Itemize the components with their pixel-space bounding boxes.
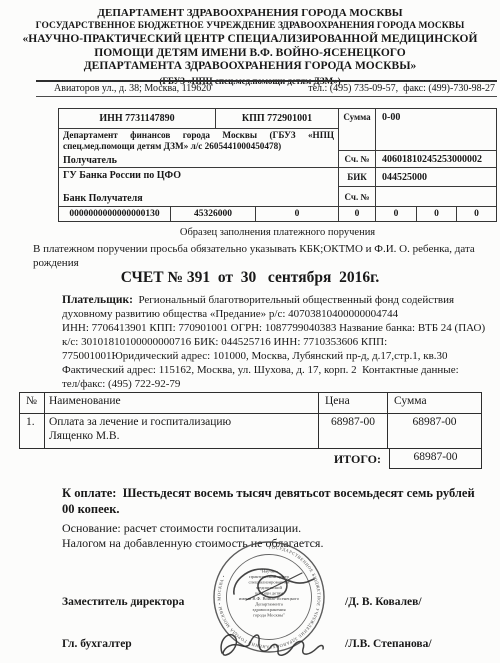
- requisites-left-section: ИНН 7731147890 КПП 772901001 Департамент…: [59, 109, 339, 206]
- sum-row: Сумма 0-00: [339, 109, 496, 151]
- account2-row: Сч. №: [339, 187, 496, 206]
- header-department-line: ДЕПАРТАМЕНТ ЗДРАВООХРАНЕНИЯ ГОРОДА МОСКВ…: [0, 6, 500, 20]
- header-center-name-line1: «НАУЧНО-ПРАКТИЧЕСКИЙ ЦЕНТР СПЕЦИАЛИЗИРОВ…: [0, 33, 500, 47]
- payment-note: В платежном поручении просьба обязательн…: [33, 243, 485, 270]
- header-institution-line: ГОСУДАРСТВЕННОЕ БЮДЖЕТНОЕ УЧРЕЖДЕНИЕ ЗДР…: [0, 20, 500, 33]
- kbk-cell: 0: [339, 207, 376, 221]
- payment-note-line1: В платежном поручении просьба обязательн…: [33, 243, 485, 257]
- account2-value: [376, 187, 496, 206]
- account-label: Сч. №: [339, 151, 376, 167]
- amount-line2: 00 копеек.: [62, 502, 487, 518]
- items-table-box: № Наименование Цена Сумма 1. Оплата за л…: [19, 392, 482, 449]
- table-row: 1. Оплата за лечение и госпитализацию Ля…: [20, 414, 481, 448]
- accountant-signature: [216, 627, 328, 663]
- payer-label: Плательщик:: [62, 294, 133, 306]
- total-value: 68987-00: [389, 448, 482, 469]
- items-total-row: ИТОГО: 68987-00: [19, 449, 482, 469]
- deputy-title: Заместитель директора: [62, 596, 184, 608]
- scanned-invoice-page: ДЕПАРТАМЕНТ ЗДРАВООХРАНЕНИЯ ГОРОДА МОСКВ…: [0, 0, 500, 663]
- col-header-num: №: [20, 393, 45, 413]
- col-header-price: Цена: [319, 393, 388, 413]
- kbk-cell: 45326000: [171, 207, 256, 221]
- items-header-row: № Наименование Цена Сумма: [20, 393, 481, 414]
- payer-line: 775001001Юридический адрес: 101000, Моск…: [62, 349, 492, 363]
- item-number: 1.: [20, 414, 45, 448]
- item-name-line1: Оплата за лечение и госпитализацию: [49, 416, 318, 430]
- inn-cell: ИНН 7731147890: [59, 109, 216, 128]
- requisites-top-section: ИНН 7731147890 КПП 772901001 Департамент…: [59, 109, 496, 206]
- org-phone-fax: тел.: (495) 735-09-57, факс: (499)-730-9…: [308, 83, 495, 94]
- bik-value: 044525000: [376, 168, 496, 186]
- header-center-name-line3: ДЕПАРТАМЕНТА ЗДРАВООХРАНЕНИЯ ГОРОДА МОСК…: [0, 60, 500, 74]
- amount-words: Шестьдесят восемь тысяч девятьсот восемь…: [123, 486, 475, 500]
- bik-row: БИК 044525000: [339, 168, 496, 187]
- basis-line: Основание: расчет стоимости госпитализац…: [62, 521, 301, 536]
- to-pay-label: К оплате:: [62, 486, 116, 500]
- accountant-name: /Л.В. Степанова/: [345, 638, 432, 650]
- account2-label: Сч. №: [339, 187, 376, 206]
- col-header-name: Наименование: [45, 393, 319, 413]
- kbk-cell: 0: [256, 207, 339, 221]
- item-name-line2: Лященко М.В.: [49, 430, 318, 444]
- bank-caption: Банк Получателя: [63, 193, 334, 204]
- header-center-name-line2: ПОМОЩИ ДЕТЯМ ИМЕНИ В.Ф. ВОЙНО-ЯСЕНЕЦКОГО: [0, 47, 500, 61]
- payment-requisites-table: ИНН 7731147890 КПП 772901001 Департамент…: [58, 108, 497, 222]
- kpp-cell: КПП 772901001: [216, 109, 338, 128]
- payer-block: Плательщик: Региональный благотворительн…: [62, 293, 492, 391]
- payer-line: духовному развитию общества «Предание» р…: [62, 307, 492, 321]
- items-table: № Наименование Цена Сумма 1. Оплата за л…: [19, 392, 482, 469]
- stamp-line: города Москвы": [253, 613, 285, 618]
- kbk-cell: 0: [417, 207, 457, 221]
- recipient-caption: Получатель: [63, 155, 334, 166]
- amount-in-words-block: К оплате: Шестьдесят восемь тысяч девять…: [62, 486, 487, 517]
- recipient-cell: Департамент финансов города Москвы (ГБУЗ…: [59, 129, 338, 168]
- payer-line: Плательщик: Региональный благотворительн…: [62, 293, 492, 307]
- deputy-name: /Д. В. Ковалев/: [345, 596, 422, 608]
- item-sum: 68987-00: [388, 414, 481, 448]
- payer-line: ИНН: 7706413901 КПП: 770901001 ОГРН: 108…: [62, 321, 492, 335]
- sum-value: 0-00: [376, 109, 496, 150]
- account-value: 40601810245253000002: [376, 151, 496, 167]
- org-address: Авиаторов ул., д. 38; Москва, 119620: [36, 83, 211, 94]
- payer-line: к/с: 30101810100000000716 БИК: 044525716…: [62, 335, 492, 349]
- total-label: ИТОГО:: [19, 449, 389, 469]
- stamp-line: Департамента: [255, 602, 283, 607]
- payer-line: тел/факс: (495) 722-92-79: [62, 377, 492, 391]
- payment-note-line2: рождения: [33, 257, 485, 271]
- kbk-cell: 0: [457, 207, 496, 221]
- recipient-name: Департамент финансов города Москвы (ГБУЗ…: [63, 130, 334, 151]
- invoice-title: СЧЕТ № 391 от 30 сентября 2016г.: [0, 269, 500, 287]
- address-phone-bar: Авиаторов ул., д. 38; Москва, 119620 тел…: [36, 80, 497, 97]
- stamp-line: здравоохранения: [252, 607, 286, 612]
- item-price: 68987-00: [319, 414, 388, 448]
- account-row: Сч. № 40601810245253000002: [339, 151, 496, 168]
- bik-label: БИК: [339, 168, 376, 186]
- item-name: Оплата за лечение и госпитализацию Лящен…: [45, 414, 319, 448]
- amount-line1: К оплате: Шестьдесят восемь тысяч девять…: [62, 486, 487, 502]
- requisites-right-section: Сумма 0-00 Сч. № 40601810245253000002 БИ…: [339, 109, 496, 206]
- bank-name: ГУ Банка России по ЦФО: [63, 170, 334, 181]
- payer-line: Фактический адрес: 115162, Москва, ул. Ш…: [62, 363, 492, 377]
- accountant-title: Гл. бухгалтер: [62, 638, 132, 650]
- document-letterhead: ДЕПАРТАМЕНТ ЗДРАВООХРАНЕНИЯ ГОРОДА МОСКВ…: [0, 6, 500, 87]
- kbk-cell: 0000000000000000130: [59, 207, 171, 221]
- recipient-bank-cell: ГУ Банка России по ЦФО Банк Получателя: [59, 168, 338, 206]
- kbk-cell: 0: [376, 207, 417, 221]
- sample-caption: Образец заполнения платежного поручения: [58, 227, 497, 238]
- col-header-sum: Сумма: [388, 393, 481, 413]
- inn-kpp-row: ИНН 7731147890 КПП 772901001: [59, 109, 338, 129]
- kbk-row: 0000000000000000130 45326000 0 0 0 0 0: [59, 206, 496, 221]
- payer-fund-name: Региональный благотворительный обществен…: [138, 294, 454, 306]
- sum-label: Сумма: [339, 109, 376, 150]
